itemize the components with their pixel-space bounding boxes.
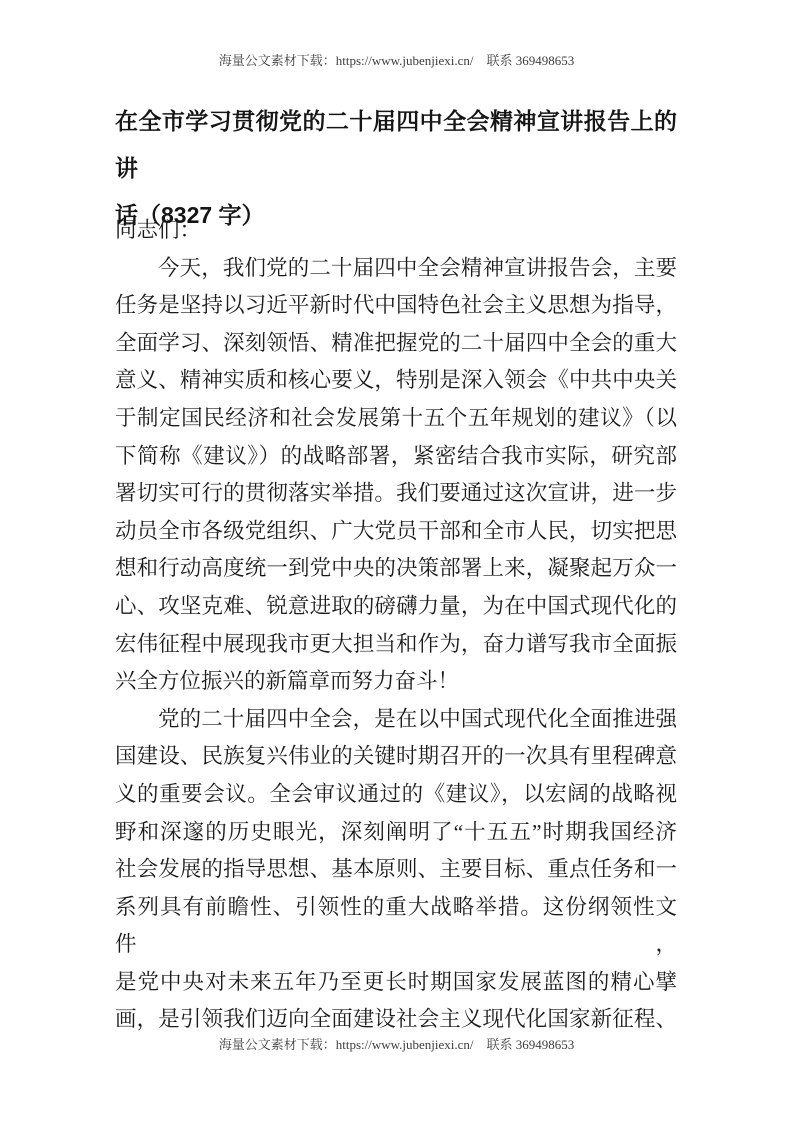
header-note: 海量公文素材下载：https://www.jubenjiexi.cn/ 联系 3… xyxy=(0,52,793,70)
document-body: 同志们：今天，我们党的二十届四中全会精神宣讲报告会，主要任务是坚持以习近平新时代… xyxy=(115,212,677,1039)
body-text-line: 心、攻坚克难、锐意进取的磅礴力量，为在中国式现代化的 xyxy=(115,588,677,626)
body-text-line: 野和深邃的历史眼光，深刻阐明了“十五五”时期我国经济 xyxy=(115,814,677,852)
body-text-line: 下简称《建议》）的战略部署，紧密结合我市实际，研究部 xyxy=(115,438,677,476)
body-text-line: 画，是引领我们迈向全面建设社会主义现代化国家新征程、 xyxy=(115,1001,677,1039)
body-text-line: 党的二十届四中全会，是在以中国式现代化全面推进强 xyxy=(115,701,677,739)
body-text-line: 于制定国民经济和社会发展第十五个五年规划的建议》（以 xyxy=(115,400,677,438)
body-text-line: 宏伟征程中展现我市更大担当和作为，奋力谱写我市全面振 xyxy=(115,626,677,664)
body-text-line: 是党中央对未来五年乃至更长时期国家发展蓝图的精心擘 xyxy=(115,964,677,1002)
body-text-line: 全面学习、深刻领悟、精准把握党的二十届四中全会的重大 xyxy=(115,325,677,363)
body-text-line: 署切实可行的贯彻落实举措。我们要通过这次宣讲，进一步 xyxy=(115,475,677,513)
body-text-line: 系列具有前瞻性、引领性的重大战略举措。这份纲领性文件， xyxy=(115,889,677,964)
body-text-line: 今天，我们党的二十届四中全会精神宣讲报告会，主要 xyxy=(115,250,677,288)
document-page: 海量公文素材下载：https://www.jubenjiexi.cn/ 联系 3… xyxy=(0,0,793,1122)
body-text-line: 国建设、民族复兴伟业的关键时期召开的一次具有里程碑意 xyxy=(115,738,677,776)
body-text-line: 任务是坚持以习近平新时代中国特色社会主义思想为指导， xyxy=(115,287,677,325)
body-text-line: 意义、精神实质和核心要义，特别是深入领会《中共中央关 xyxy=(115,362,677,400)
footer-note: 海量公文素材下载：https://www.jubenjiexi.cn/ 联系 3… xyxy=(0,1036,793,1054)
body-text-line: 同志们： xyxy=(115,212,677,250)
title-line: 在全市学习贯彻党的二十届四中全会精神宣讲报告上的讲 xyxy=(115,98,677,192)
body-text-line: 兴全方位振兴的新篇章而努力奋斗！ xyxy=(115,663,677,701)
body-text-line: 社会发展的指导思想、基本原则、主要目标、重点任务和一 xyxy=(115,851,677,889)
body-text-line: 义的重要会议。全会审议通过的《建议》，以宏阔的战略视 xyxy=(115,776,677,814)
body-text-line: 动员全市各级党组织、广大党员干部和全市人民，切实把思 xyxy=(115,513,677,551)
body-text-line: 想和行动高度统一到党中央的决策部署上来，凝聚起万众一 xyxy=(115,550,677,588)
